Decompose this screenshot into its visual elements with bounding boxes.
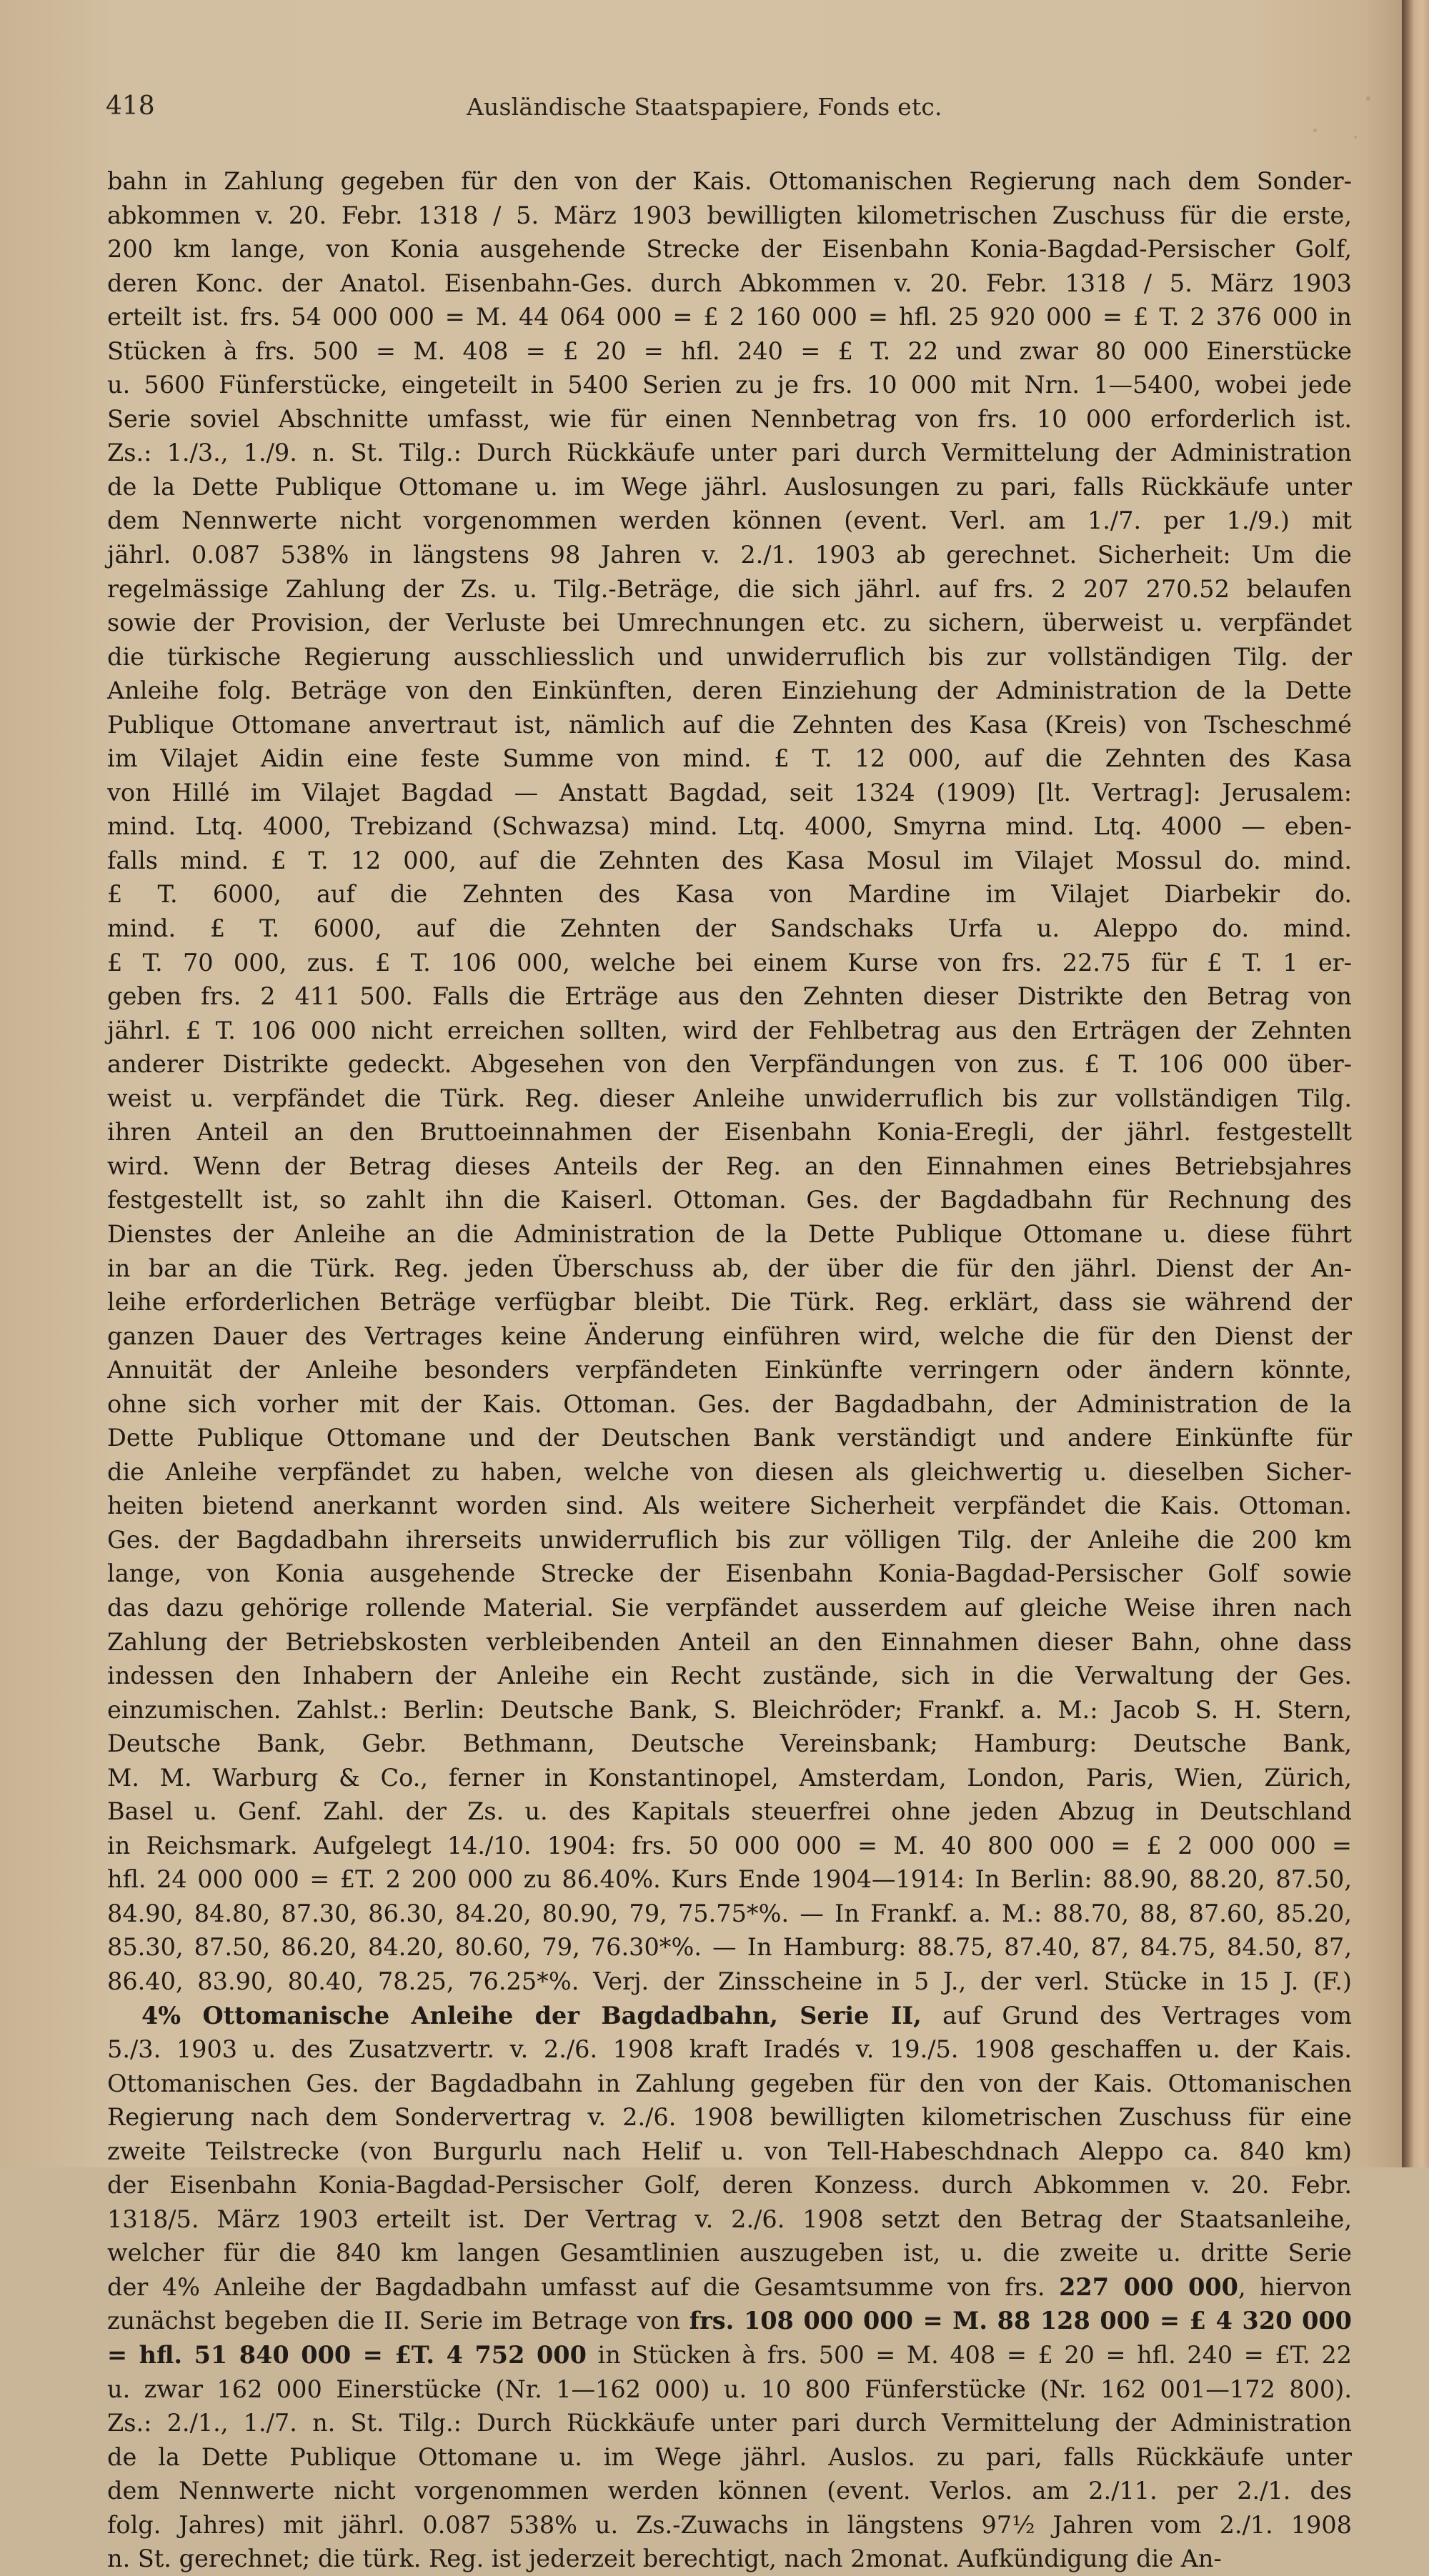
text-line: geben frs. 2 411 500. Falls die Erträge … xyxy=(107,979,1352,1014)
text-line: £ T. 6000, auf die Zehnten des Kasa von … xyxy=(107,877,1352,912)
text-line: das dazu gehörige rollende Material. Sie… xyxy=(107,1591,1352,1625)
text-line: bahn in Zahlung gegeben für den von der … xyxy=(107,164,1352,199)
text-line: Dette Publique Ottomane und der Deutsche… xyxy=(107,1421,1352,1455)
text-line: M. M. Warburg & Co., ferner in Konstanti… xyxy=(107,1761,1352,1795)
text-line: in Reichsmark. Aufgelegt 14./10. 1904: f… xyxy=(107,1829,1352,1863)
entry-continued-paragraph: bahn in Zahlung gegeben für den von der … xyxy=(107,164,1352,1999)
text-line: mind. Ltq. 4000, Trebizand (Schwazsa) mi… xyxy=(107,809,1352,844)
text-line: weist u. verpfändet die Türk. Reg. diese… xyxy=(107,1082,1352,1116)
text-line: einzumischen. Zahlst.: Berlin: Deutsche … xyxy=(107,1693,1352,1727)
text-line: Ges. der Bagdadbahn ihrerseits unwiderru… xyxy=(107,1523,1352,1557)
text-line: ganzen Dauer des Vertrages keine Änderun… xyxy=(107,1319,1352,1354)
text-line: Zs.: 1./3., 1./9. n. St. Tilg.: Durch Rü… xyxy=(107,436,1352,470)
text-line: Annuität der Anleihe besonders verpfände… xyxy=(107,1353,1352,1387)
running-title: Ausländische Staatspapiere, Fonds etc. xyxy=(467,93,942,121)
text-line: sowie der Provision, der Verluste bei Um… xyxy=(107,606,1352,640)
book-gutter-edge xyxy=(1402,0,1429,2167)
text-line: 86.40, 83.90, 80.40, 78.25, 76.25*%. Ver… xyxy=(107,1965,1352,1999)
text-line: zweite Teilstrecke (von Burgurlu nach He… xyxy=(107,2135,1352,2167)
entry-heading-rest: auf Grund des Vertrages vom xyxy=(922,2002,1352,2030)
text-line: u. 5600 Fünferstücke, eingeteilt in 5400… xyxy=(107,368,1352,402)
text-line: Publique Ottomane anvertraut ist, nämlic… xyxy=(107,708,1352,742)
entry-new-lines: 5./3. 1903 u. des Zusatzvertr. v. 2./6. … xyxy=(107,2032,1352,2167)
page-number: 418 xyxy=(106,91,155,121)
text-line: Regierung nach dem Sondervertrag v. 2./6… xyxy=(107,2100,1352,2135)
paper-speck xyxy=(1313,129,1317,132)
paper-speck xyxy=(1354,136,1357,139)
text-line: wird. Wenn der Betrag dieses Anteils der… xyxy=(107,1149,1352,1184)
text-line: indessen den Inhabern der Anleihe ein Re… xyxy=(107,1659,1352,1693)
text-line: abkommen v. 20. Febr. 1318 / 5. März 190… xyxy=(107,199,1352,233)
running-head: 418 Ausländische Staatspapiere, Fonds et… xyxy=(106,91,1349,127)
text-line: festgestellt ist, so zahlt ihn die Kaise… xyxy=(107,1183,1352,1217)
text-line: 84.90, 84.80, 87.30, 86.30, 84.20, 80.90… xyxy=(107,1897,1352,1931)
text-line: heiten bietend anerkannt worden sind. Al… xyxy=(107,1489,1352,1523)
paper-speck xyxy=(1366,96,1370,101)
text-line: regelmässige Zahlung der Zs. u. Tilg.-Be… xyxy=(107,572,1352,606)
entry-new-paragraph: 4% Ottomanische Anleihe der Bagdadbahn, … xyxy=(107,1999,1352,2167)
body-text: bahn in Zahlung gegeben für den von der … xyxy=(107,164,1352,2167)
text-line: in bar an die Türk. Reg. jeden Überschus… xyxy=(107,1252,1352,1286)
text-line: jährl. £ T. 106 000 nicht erreichen soll… xyxy=(107,1014,1352,1048)
text-line: mind. £ T. 6000, auf die Zehnten der San… xyxy=(107,912,1352,946)
text-line: £ T. 70 000, zus. £ T. 106 000, welche b… xyxy=(107,946,1352,980)
text-line: hfl. 24 000 000 = £T. 2 200 000 zu 86.40… xyxy=(107,1862,1352,1897)
text-line: 5./3. 1903 u. des Zusatzvertr. v. 2./6. … xyxy=(107,2032,1352,2067)
text-line: 200 km lange, von Konia ausgehende Strec… xyxy=(107,232,1352,266)
entry-heading: 4% Ottomanische Anleihe der Bagdadbahn, … xyxy=(141,2002,922,2030)
text-line: Ottomanischen Ges. der Bagdadbahn in Zah… xyxy=(107,2067,1352,2101)
text-line: erteilt ist. frs. 54 000 000 = M. 44 064… xyxy=(107,300,1352,334)
text-line: lange, von Konia ausgehende Strecke der … xyxy=(107,1557,1352,1591)
text-line: Serie soviel Abschnitte umfasst, wie für… xyxy=(107,402,1352,436)
text-line: im Vilajet Aidin eine feste Summe von mi… xyxy=(107,742,1352,776)
text-line: dem Nennwerte nicht vorgenommen werden k… xyxy=(107,504,1352,538)
text-line: deren Konc. der Anatol. Eisenbahn-Ges. d… xyxy=(107,266,1352,301)
text-line: de la Dette Publique Ottomane u. im Wege… xyxy=(107,470,1352,504)
text-line: ihren Anteil an den Bruttoeinnahmen der … xyxy=(107,1115,1352,1149)
entry-heading-line: 4% Ottomanische Anleihe der Bagdadbahn, … xyxy=(107,1999,1352,2033)
text-line: Basel u. Genf. Zahl. der Zs. u. des Kapi… xyxy=(107,1794,1352,1829)
text-line: anderer Distrikte gedeckt. Abgesehen von… xyxy=(107,1047,1352,1082)
text-line: falls mind. £ T. 12 000, auf die Zehnten… xyxy=(107,844,1352,878)
text-line: jährl. 0.087 538% in längstens 98 Jahren… xyxy=(107,538,1352,572)
text-line: die Anleihe verpfändet zu haben, welche … xyxy=(107,1455,1352,1489)
text-line: die türkische Regierung ausschliesslich … xyxy=(107,640,1352,674)
text-line: 85.30, 87.50, 86.20, 84.20, 80.60, 79, 7… xyxy=(107,1930,1352,1965)
text-line: Zahlung der Betriebskosten verbleibenden… xyxy=(107,1625,1352,1659)
text-line: leihe erforderlichen Beträge verfügbar b… xyxy=(107,1285,1352,1319)
text-line: von Hillé im Vilajet Bagdad — Anstatt Ba… xyxy=(107,776,1352,810)
text-line: Anleihe folg. Beträge von den Einkünften… xyxy=(107,674,1352,708)
scanned-page: 418 Ausländische Staatspapiere, Fonds et… xyxy=(0,0,1422,2167)
text-line: Dienstes der Anleihe an die Administrati… xyxy=(107,1217,1352,1252)
text-line: Stücken à frs. 500 = M. 408 = £ 20 = hfl… xyxy=(107,334,1352,369)
text-line: Deutsche Bank, Gebr. Bethmann, Deutsche … xyxy=(107,1727,1352,1761)
text-line: ohne sich vorher mit der Kais. Ottoman. … xyxy=(107,1387,1352,1422)
